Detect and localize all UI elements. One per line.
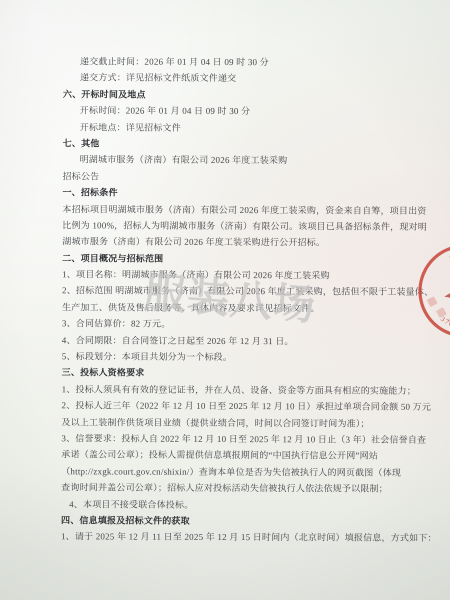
doc-line: 一、招标条件 [62, 184, 398, 202]
doc-line: 3、合同估算价：82 万元。 [62, 316, 398, 334]
doc-line: 比例为 100%，招标人为明湖城市服务（济南）有限公司。该项目已具备招标条件，现… [62, 217, 398, 235]
doc-line: 开标地点：详见招标文件 [63, 119, 399, 137]
doc-line: 4、本项目不接受联合体投标。 [61, 496, 397, 514]
document-body: 递交截止时间：2026 年 01 月 04 日 09 时 30 分递交方式：详见… [61, 53, 399, 546]
seal-ring [404, 230, 450, 352]
company-seal-stamp: 项目 37012 [403, 229, 450, 359]
doc-line: 三、投标人资格要求 [62, 365, 398, 383]
doc-line: 及以上工装制作供货项目业绩（提供业绩合同，时间以合同签订时间为准）； [61, 414, 397, 432]
doc-line: 1、项目名称：明湖城市服务（济南）有限公司 2026 年度工装采购 [62, 266, 398, 284]
doc-line: 3、信誉要求：投标人自 2022 年 12 月 10 日至 2025 年 12 … [61, 430, 397, 448]
doc-line: 本招标项目明湖城市服务（济南）有限公司 2026 年度工装采购，资金来自自筹，项… [62, 201, 398, 219]
doc-line: 承诺（盖公司公章）；投标人需提供信息填报期间的“中国执行信息公开网”网站 [61, 447, 397, 465]
doc-line: 5、标段划分：本项目共划分为一个标段。 [62, 348, 398, 366]
doc-line: 1、请于 2025 年 12 月 11 日至 2025 年 12 月 15 日时… [61, 529, 397, 547]
doc-line: 生产加工、供货及售后服务等，具体内容及要求详见招标文件。 [62, 299, 398, 317]
doc-line: 递交方式：详见招标文件纸质文件递交 [63, 70, 399, 88]
doc-line: 2、投标人近三年（2022 年 12 月 10 日至 2025 年 12 月 1… [62, 397, 398, 415]
doc-line: 招标公告 [63, 168, 399, 186]
doc-line: 七、其他 [63, 135, 399, 153]
document-photo: 递交截止时间：2026 年 01 月 04 日 09 时 30 分递交方式：详见… [0, 0, 450, 600]
doc-line: 湖城市服务（济南）有限公司 2026 年度工装采购进行公开招标。 [62, 234, 398, 252]
doc-line: 2、招标范围 明湖城市服务（济南）有限公司 2026 年度工装采购，包括但不限于… [62, 283, 398, 301]
doc-line: 1、投标人须具有有效的登记证书，并在人员、设备、资金等方面具有相应的实施能力； [62, 381, 398, 399]
doc-line: 四、信息填报及招标文件的获取 [61, 512, 397, 530]
doc-line: 六、开标时间及地点 [63, 86, 399, 104]
doc-line: 明湖城市服务（济南）有限公司 2026 年度工装采购 [63, 152, 399, 170]
doc-line: 递交截止时间：2026 年 01 月 04 日 09 时 30 分 [63, 53, 399, 71]
doc-line: 查询时间并盖公司公章）；招标人应对投标活动失信被执行人依法依规予以限制； [61, 479, 397, 497]
seal-group: 项目 37012 [403, 229, 450, 352]
doc-line: 开标时间：2026 年 01 月 04 日 09 时 30 分 [63, 102, 399, 120]
doc-line: （http://zxgk.court.gov.cn/shixin/）查询本单位是… [61, 463, 397, 481]
doc-line: 二、项目概况与招标范围 [62, 250, 398, 268]
doc-line: 4、合同期限：自合同签订之日起至 2026 年 12 月 31 日。 [62, 332, 398, 350]
